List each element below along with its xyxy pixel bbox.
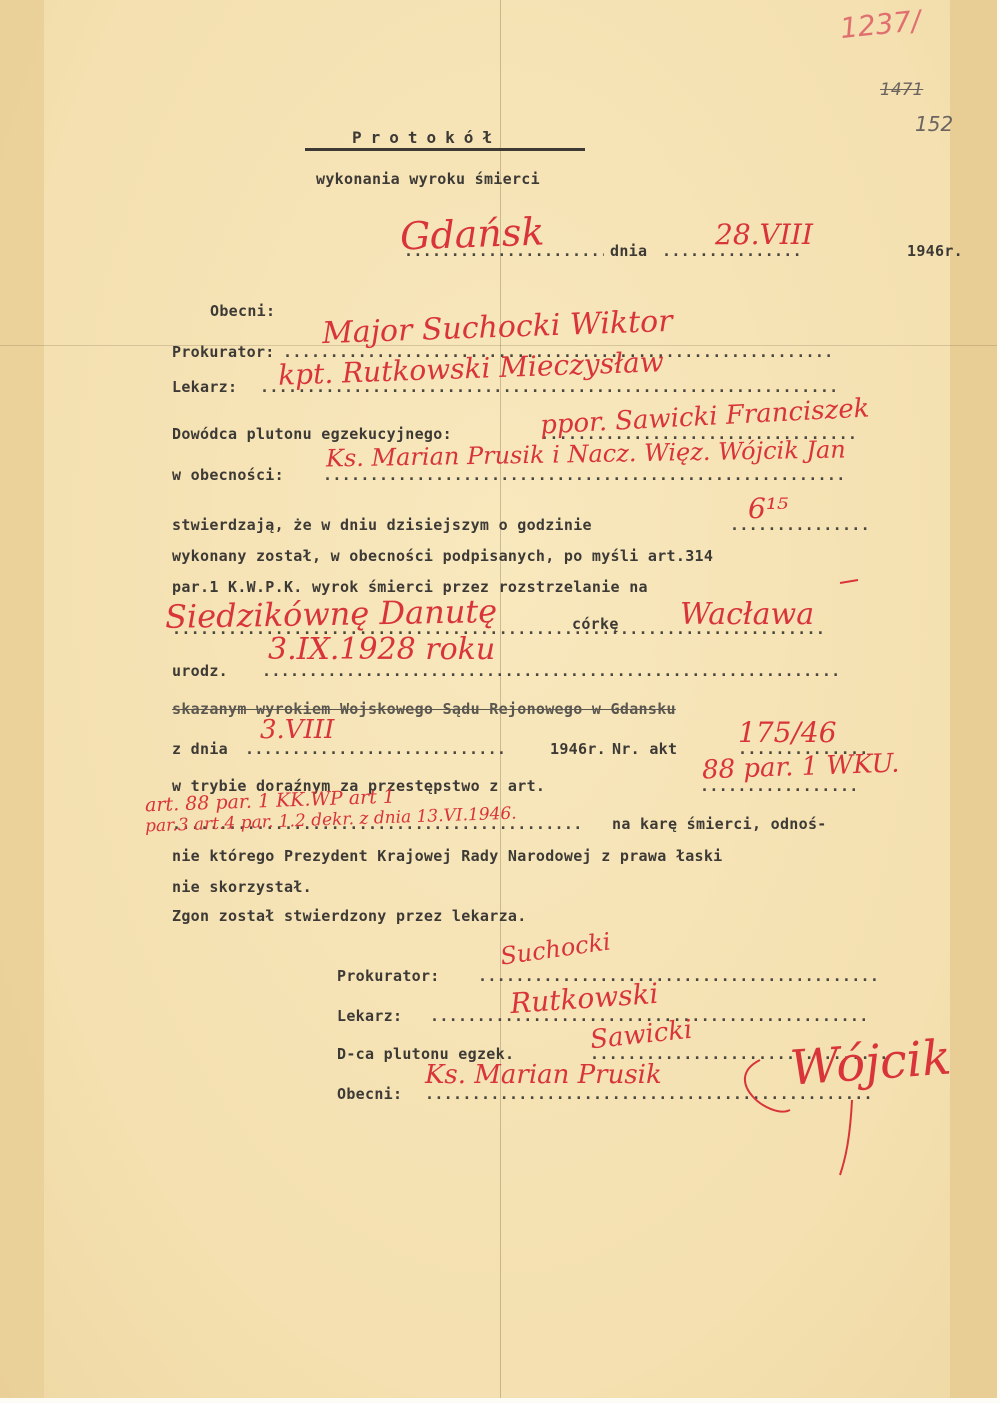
body-line-2: wykonany został, w obecności podpisanych… — [172, 547, 713, 565]
pardon-line-2: nie skorzystał. — [172, 878, 312, 896]
sig-prosecutor-dotted-line: ........................................… — [478, 967, 918, 985]
from-date-handwritten: 3.VIII — [260, 715, 334, 745]
pardon-line-1: nie którego Prezydent Krajowej Rady Naro… — [172, 847, 723, 865]
present-label: Obecni: — [210, 302, 275, 320]
father-name-handwritten: Wacława — [680, 597, 814, 632]
paper-edge-band-left — [0, 0, 44, 1398]
doctor-label: Lekarz: — [172, 378, 237, 396]
scan-edge-bottom — [0, 1398, 1000, 1403]
death-confirmed-line: Zgon został stwierdzony przez lekarza. — [172, 907, 527, 925]
place-dotted-line: ............................ — [404, 242, 604, 260]
born-date-handwritten: 3.IX.1928 roku — [268, 632, 495, 667]
title-underline — [305, 148, 585, 151]
year-label: 1946r. — [907, 242, 963, 260]
document-title: Protokół — [352, 128, 501, 147]
sig-present-signature-2: Wójcik — [788, 1029, 953, 1096]
sig-present-signature: Ks. Marian Prusik — [425, 1060, 662, 1090]
sentence-line: na karę śmierci, odnoś- — [612, 815, 827, 833]
convict-name-handwritten: Siedzikównę Danutę — [165, 592, 498, 636]
sig-present-label: Obecni: — [337, 1085, 402, 1103]
born-label: urodz. — [172, 662, 228, 680]
time-handwritten: 6¹⁵ — [748, 492, 788, 525]
from-date-label: z dnia — [172, 740, 228, 758]
court-line-struck: skazanym wyrokiem Wojskowego Sądu Rejono… — [172, 700, 676, 718]
archive-old-number: 1471 — [880, 80, 923, 100]
from-year: 1946r. — [550, 740, 606, 758]
sig-prosecutor-label: Prokurator: — [337, 967, 440, 985]
sig-doctor-label: Lekarz: — [337, 1007, 402, 1025]
daughter-label: córkę — [572, 615, 619, 633]
prosecutor-label: Prokurator: — [172, 343, 275, 361]
case-number-handwritten: 175/46 — [738, 716, 837, 749]
date-label: dnia — [610, 242, 647, 260]
witnesses-label: w obecności: — [172, 466, 284, 484]
archive-page-number: 152 — [915, 112, 953, 136]
document-subtitle: wykonania wyroku śmierci — [316, 170, 540, 188]
fold-line-vertical — [500, 0, 501, 1398]
date-dotted-line: ............... — [662, 242, 902, 260]
commander-label: Dowódca plutonu egzekucyjnego: — [172, 425, 452, 443]
case-label: Nr. akt — [612, 740, 677, 758]
paper-edge-band-right — [950, 0, 998, 1398]
body-line-1: stwierdzają, że w dniu dzisiejszym o god… — [172, 516, 592, 534]
